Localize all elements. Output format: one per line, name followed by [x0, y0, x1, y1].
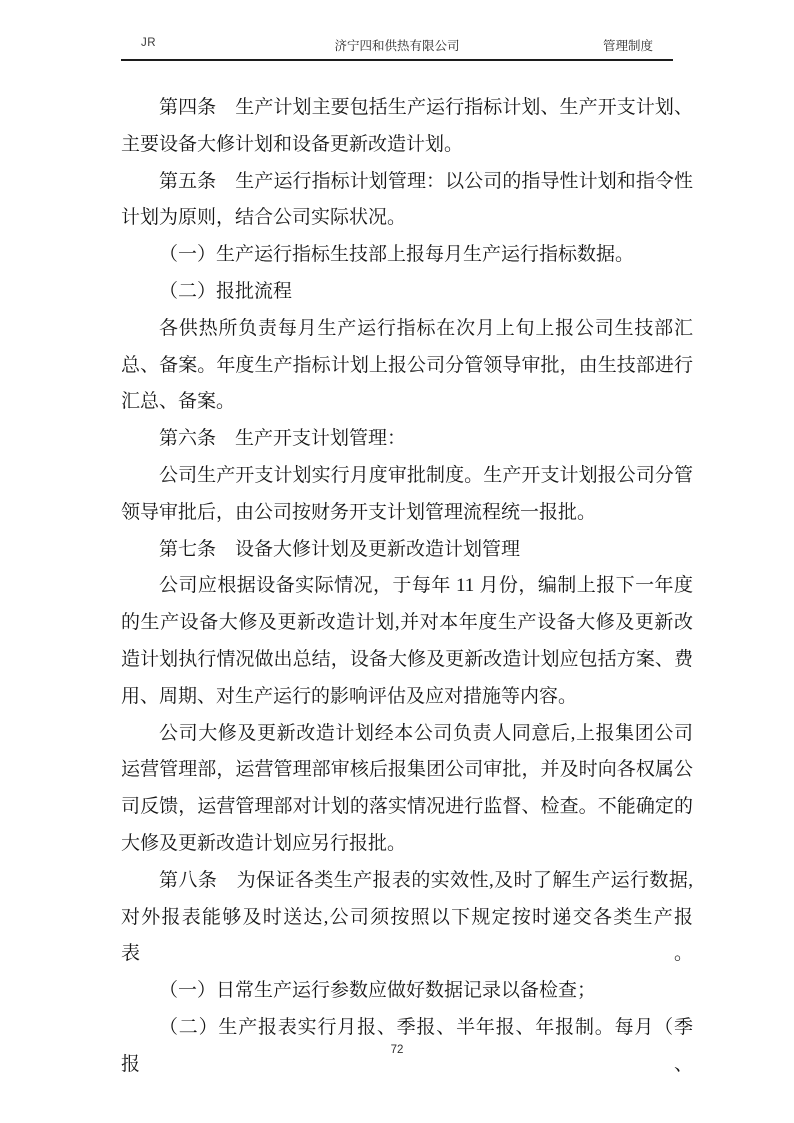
text-line: 大修及更新改造计划应另行报批。	[121, 826, 693, 863]
page-header-row: JR 济宁四和供热有限公司 管理制度	[121, 36, 673, 52]
text-line: （一）日常生产运行参数应做好数据记录以备检查；	[121, 973, 693, 1010]
text-line: 第四条 生产计划主要包括生产运行指标计划、生产开支计划、	[121, 90, 693, 127]
paragraph: 第七条 设备大修计划及更新改造计划管理	[121, 532, 693, 569]
page-footer: 72	[0, 1044, 794, 1056]
text-line: 各供热所负责每月生产运行指标在次月上旬上报公司生技部汇	[121, 311, 693, 348]
paragraph: 各供热所负责每月生产运行指标在次月上旬上报公司生技部汇总、备案。年度生产指标计划…	[121, 311, 693, 421]
header-document-type: 管理制度	[603, 36, 653, 54]
text-line: 的生产设备大修及更新改造计划,并对本年度生产设备大修及更新改	[121, 605, 693, 642]
paragraph: （一）日常生产运行参数应做好数据记录以备检查；	[121, 973, 693, 1010]
paragraph: （二）报批流程	[121, 274, 693, 311]
text-line: 主要设备大修计划和设备更新改造计划。	[121, 127, 693, 164]
paragraph: 公司应根据设备实际情况，于每年 11 月份，编制上报下一年度的生产设备大修及更新…	[121, 568, 693, 715]
text-line: 用、周期、对生产运行的影响评估及应对措施等内容。	[121, 679, 693, 716]
header-company-name: 济宁四和供热有限公司	[121, 36, 673, 54]
text-line: 公司生产开支计划实行月度审批制度。生产开支计划报公司分管	[121, 458, 693, 495]
document-page: JR 济宁四和供热有限公司 管理制度 第四条 生产计划主要包括生产运行指标计划、…	[0, 0, 794, 1123]
text-line: 第五条 生产运行指标计划管理：以公司的指导性计划和指令性	[121, 164, 693, 201]
text-line: 公司应根据设备实际情况，于每年 11 月份，编制上报下一年度	[121, 568, 693, 605]
text-line: 第八条 为保证各类生产报表的实效性,及时了解生产运行数据,	[121, 863, 693, 900]
paragraph: （一）生产运行指标生技部上报每月生产运行指标数据。	[121, 237, 693, 274]
paragraph: 第六条 生产开支计划管理：	[121, 421, 693, 458]
paragraph: 第四条 生产计划主要包括生产运行指标计划、生产开支计划、主要设备大修计划和设备更…	[121, 90, 693, 164]
text-line: 总、备案。年度生产指标计划上报公司分管领导审批，由生技部进行	[121, 348, 693, 385]
text-line: 汇总、备案。	[121, 384, 693, 421]
text-line: （二）报批流程	[121, 274, 693, 311]
page-header: JR 济宁四和供热有限公司 管理制度	[121, 36, 673, 61]
text-line: 司反馈，运营管理部对计划的落实情况进行监督、检查。不能确定的	[121, 789, 693, 826]
text-line: 第六条 生产开支计划管理：	[121, 421, 693, 458]
document-body: 第四条 生产计划主要包括生产运行指标计划、生产开支计划、主要设备大修计划和设备更…	[121, 90, 693, 1084]
paragraph: 第八条 为保证各类生产报表的实效性,及时了解生产运行数据,对外报表能够及时送达,…	[121, 863, 693, 973]
text-line: （一）生产运行指标生技部上报每月生产运行指标数据。	[121, 237, 693, 274]
text-line: 运营管理部，运营管理部审核后报集团公司审批，并及时向各权属公	[121, 752, 693, 789]
text-line: 造计划执行情况做出总结，设备大修及更新改造计划应包括方案、费	[121, 642, 693, 679]
page-number: 72	[391, 1044, 404, 1056]
paragraph: 公司生产开支计划实行月度审批制度。生产开支计划报公司分管领导审批后，由公司按财务…	[121, 458, 693, 532]
paragraph: 第五条 生产运行指标计划管理：以公司的指导性计划和指令性计划为原则，结合公司实际…	[121, 164, 693, 238]
paragraph: 公司大修及更新改造计划经本公司负责人同意后,上报集团公司运营管理部，运营管理部审…	[121, 716, 693, 863]
text-line: 公司大修及更新改造计划经本公司负责人同意后,上报集团公司	[121, 716, 693, 753]
text-line: 领导审批后，由公司按财务开支计划管理流程统一报批。	[121, 495, 693, 532]
text-line: 对外报表能够及时送达,公司须按照以下规定按时递交各类生产报表。	[121, 900, 693, 974]
text-line: 第七条 设备大修计划及更新改造计划管理	[121, 532, 693, 569]
text-line: 计划为原则，结合公司实际状况。	[121, 200, 693, 237]
